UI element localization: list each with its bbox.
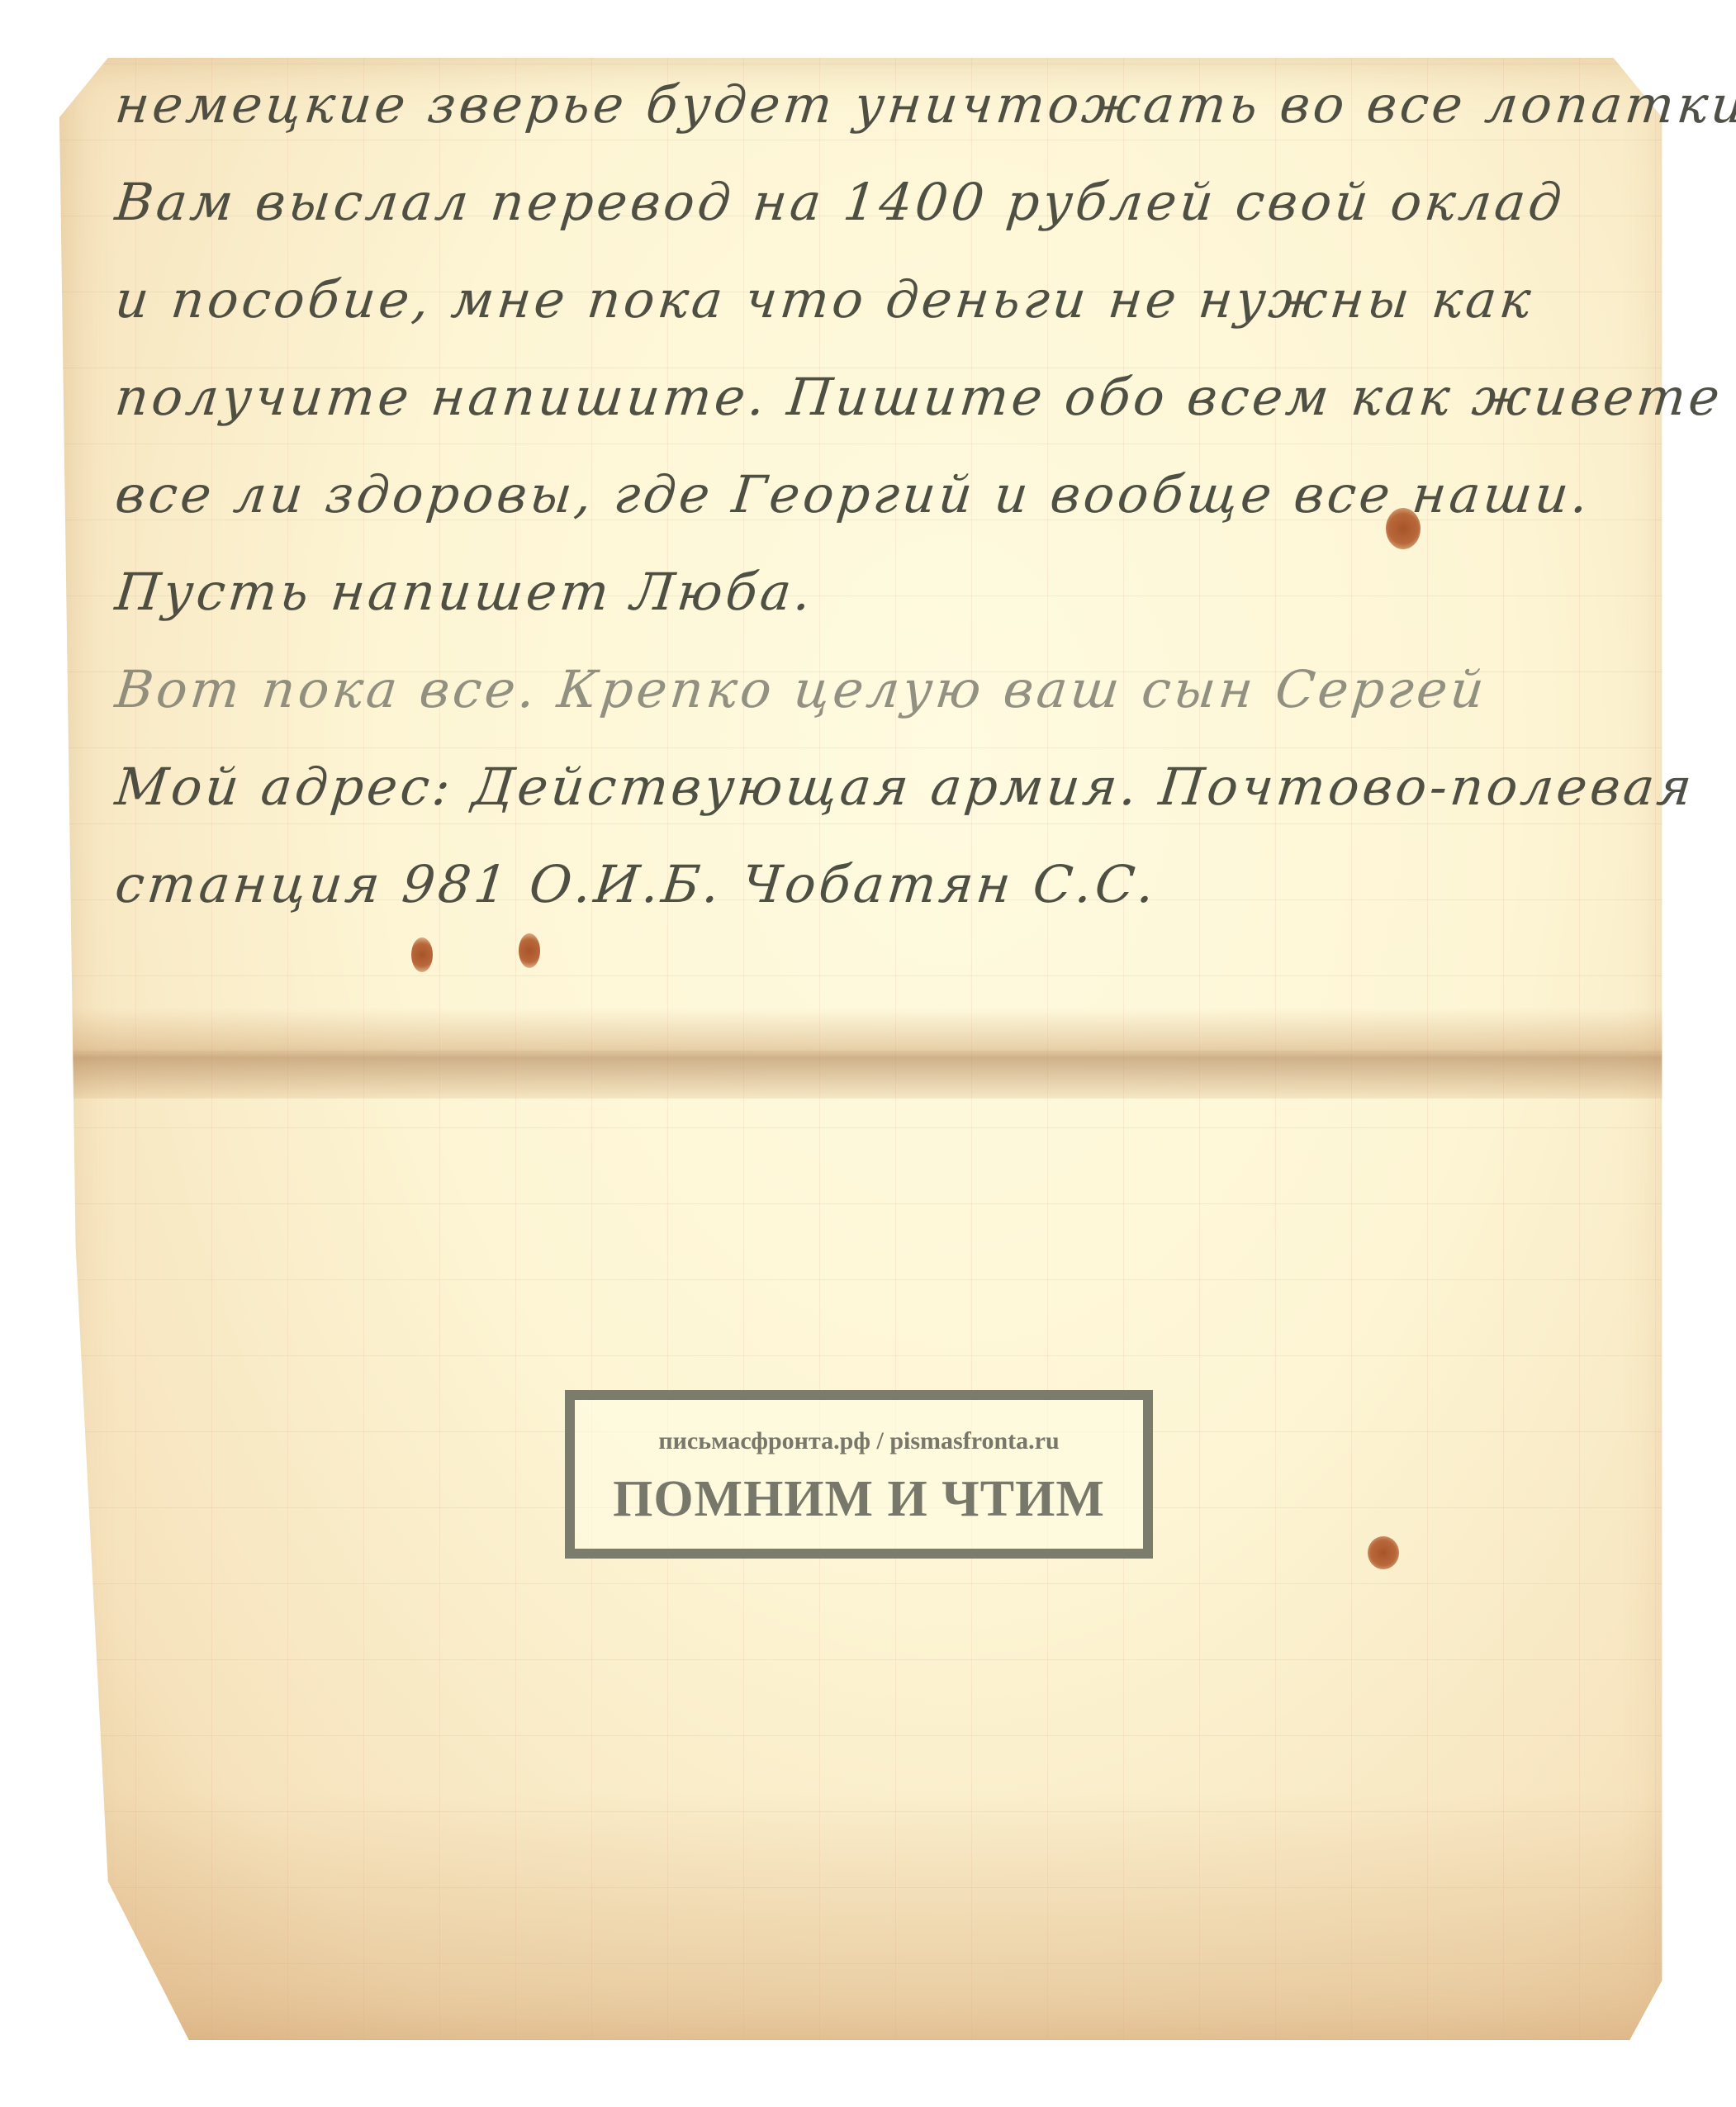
letter-line: Мой адрес: Действующая армия. Почтово-по… — [111, 738, 1673, 836]
fold-crease — [59, 1008, 1678, 1099]
stain-spot — [411, 937, 433, 972]
letter-line: и пособие, мне пока что деньги не нужны … — [111, 251, 1673, 349]
handwritten-text: немецкие зверье будет уничтожать во все … — [116, 56, 1668, 933]
letter-line: Вам выслал перевод на 1400 рублей свой о… — [111, 154, 1673, 251]
letter-line: получите напишите. Пишите обо всем как ж… — [111, 349, 1673, 446]
letter-line: Пусть напишет Люба. — [111, 543, 1673, 641]
letter-line: все ли здоровы, где Георгий и вообще все… — [111, 446, 1673, 543]
stain-spot — [519, 933, 540, 968]
watermark-url: письмасфронта.рф / pismasfronta.ru — [575, 1425, 1143, 1458]
watermark-motto: ПОМНИМ И ЧТИМ — [575, 1469, 1143, 1529]
letter-line: немецкие зверье будет уничтожать во все … — [111, 56, 1673, 154]
stain-spot — [1368, 1536, 1399, 1569]
letter-line: Вот пока все. Крепко целую ваш сын Серге… — [111, 641, 1673, 738]
letter-signature-line: станция 981 О.И.Б. Чобатян С.С. — [111, 836, 1673, 933]
watermark: письмасфронта.рф / pismasfronta.ru ПОМНИ… — [565, 1390, 1153, 1559]
paper-wear — [59, 1792, 1678, 2040]
